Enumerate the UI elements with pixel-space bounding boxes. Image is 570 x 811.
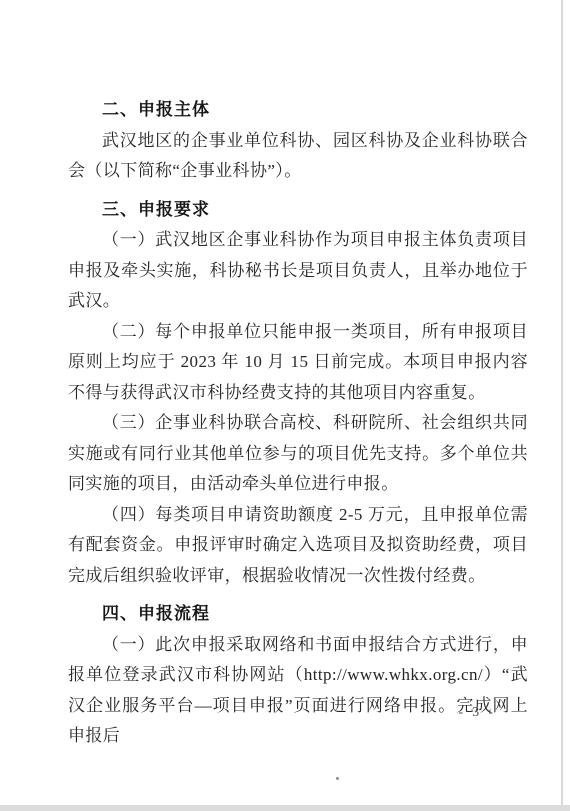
document-section: 三、申报要求（一）武汉地区企事业科协作为项目申报主体负责项目申报及牵头实施，科协… bbox=[68, 195, 528, 592]
scan-edge-line bbox=[561, 0, 563, 811]
body-paragraph: （一）武汉地区企事业科协作为项目申报主体负责项目申报及牵头实施，科协秘书长是项目… bbox=[68, 225, 528, 317]
scanned-document-page: 二、申报主体武汉地区的企事业单位科协、园区科协及企业科协联合会（以下简称“企事业… bbox=[0, 0, 570, 811]
page-number: - 3 - bbox=[459, 704, 497, 720]
body-paragraph: （一）此次申报采取网络和书面申报结合方式进行，申报单位登录武汉市科协网站（htt… bbox=[68, 630, 528, 752]
body-paragraph: （四）每类项目申请资助额度 2-5 万元，且申报单位需有配套资金。申报评审时确定… bbox=[68, 500, 528, 592]
section-heading: 二、申报主体 bbox=[68, 95, 528, 126]
document-section: 二、申报主体武汉地区的企事业单位科协、园区科协及企业科协联合会（以下简称“企事业… bbox=[68, 95, 528, 187]
section-heading: 三、申报要求 bbox=[68, 195, 528, 226]
scan-speck bbox=[336, 777, 339, 780]
body-paragraph: （二）每个申报单位只能申报一类项目，所有申报项目原则上均应于 2023 年 10… bbox=[68, 317, 528, 409]
document-section: 四、申报流程（一）此次申报采取网络和书面申报结合方式进行，申报单位登录武汉市科协… bbox=[68, 599, 528, 752]
section-heading: 四、申报流程 bbox=[68, 599, 528, 630]
body-paragraph: 武汉地区的企事业单位科协、园区科协及企业科协联合会（以下简称“企事业科协”）。 bbox=[68, 126, 528, 187]
scan-bottom-strip bbox=[0, 805, 570, 811]
body-paragraph: （三）企事业科协联合高校、科研院所、社会组织共同实施或有同行业其他单位参与的项目… bbox=[68, 408, 528, 500]
document-body: 二、申报主体武汉地区的企事业单位科协、园区科协及企业科协联合会（以下简称“企事业… bbox=[68, 95, 528, 752]
